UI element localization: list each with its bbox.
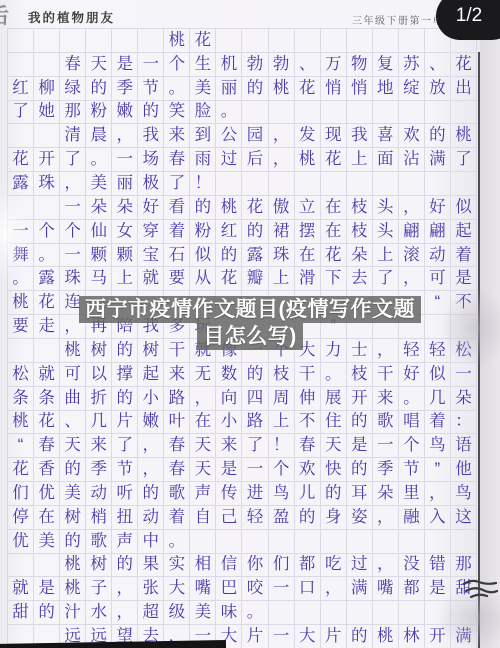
grid-cell: 放 <box>425 77 451 101</box>
grid-cell: 好 <box>399 363 425 387</box>
grid-cell: 枝 <box>347 220 373 244</box>
grid-cell <box>8 124 34 148</box>
grid-cell: 清 <box>60 124 86 148</box>
grid-cell: 的 <box>242 363 268 387</box>
grid-cell: 是 <box>425 577 451 601</box>
grid-cell <box>216 29 242 53</box>
grid-cell: 丽 <box>112 172 138 196</box>
grid-cell: 季 <box>112 77 138 101</box>
grid-cell <box>399 29 425 53</box>
grid-cell: 中 <box>138 530 164 554</box>
grid-cell <box>295 530 321 554</box>
grid-cell: 开 <box>347 387 373 411</box>
grid-cell: 桃 <box>8 411 34 435</box>
grid-cell: 相 <box>190 554 216 578</box>
grid-cell: 朵 <box>373 482 399 506</box>
grid-cell: 花 <box>34 411 60 435</box>
grid-cell <box>373 29 399 53</box>
grid-cell: 都 <box>399 577 425 601</box>
grid-cell: 曲 <box>60 387 86 411</box>
grid-cell: 立 <box>295 196 321 220</box>
grid-cell: 。 <box>34 244 60 268</box>
grid-cell: 枝 <box>347 363 373 387</box>
grid-cell: 似 <box>451 196 477 220</box>
page-number-text: 1/2 <box>456 5 482 27</box>
grid-cell: ， <box>269 124 295 148</box>
grid-cell <box>373 172 399 196</box>
grid-cell: 嘴 <box>190 577 216 601</box>
grid-cell: ， <box>269 148 295 172</box>
grid-cell: 美 <box>60 482 86 506</box>
grid-cell: 我 <box>347 124 373 148</box>
grid-cell: 花 <box>216 267 242 291</box>
grid-cell: 一 <box>60 196 86 220</box>
grid-cell: 干 <box>373 363 399 387</box>
grid-cell: 头 <box>373 196 399 220</box>
grid-cell: 朵 <box>112 196 138 220</box>
grid-cell: 裙 <box>269 220 295 244</box>
grid-cell: 枝 <box>269 363 295 387</box>
grid-cell <box>216 530 242 554</box>
grid-cell: 片 <box>112 411 138 435</box>
grid-cell <box>190 530 216 554</box>
grid-cell: 扭 <box>112 506 138 530</box>
grid-cell: 语 <box>451 434 477 458</box>
grid-cell: 轻 <box>242 506 268 530</box>
grid-cell: 一 <box>373 434 399 458</box>
grid-cell: 级 <box>164 601 190 625</box>
grid-cell: 无 <box>190 363 216 387</box>
grid-cell: ， <box>112 577 138 601</box>
grid-cell: ， <box>60 172 86 196</box>
grid-cell: 唱 <box>399 411 425 435</box>
grid-cell: ， <box>373 506 399 530</box>
grid-cell: 叶 <box>164 411 190 435</box>
grid-cell: ， <box>138 458 164 482</box>
grid-cell: 着 <box>164 220 190 244</box>
grid-cell: 了 <box>451 148 477 172</box>
grid-cell: 可 <box>60 363 86 387</box>
grid-cell: 干 <box>295 363 321 387</box>
grid-cell: 、 <box>425 53 451 77</box>
grid-cell: 场 <box>138 148 164 172</box>
grid-cell: 来 <box>216 434 242 458</box>
grid-cell: 己 <box>216 506 242 530</box>
grid-cell: 上 <box>373 244 399 268</box>
grid-cell: 。 <box>86 148 112 172</box>
grid-cell: 。 <box>164 77 190 101</box>
grid-cell: 的 <box>321 482 347 506</box>
grid-cell: 吃 <box>321 554 347 578</box>
grid-cell: 鸟 <box>451 482 477 506</box>
grid-cell: 天 <box>190 458 216 482</box>
grid-cell: 几 <box>425 387 451 411</box>
grid-cell: 声 <box>112 530 138 554</box>
grid-cell: 不 <box>295 411 321 435</box>
grid-cell: 花 <box>8 148 34 172</box>
grid-cell: 他 <box>451 458 477 482</box>
grid-cell: 来 <box>164 124 190 148</box>
grid-cell <box>373 530 399 554</box>
grid-cell: 的 <box>347 458 373 482</box>
grid-cell: 超 <box>138 601 164 625</box>
grid-cell: 春 <box>34 434 60 458</box>
grid-cell: 折 <box>86 387 112 411</box>
grid-cell: 的 <box>347 625 373 648</box>
grid-cell: 桃 <box>60 554 86 578</box>
grid-cell: 春 <box>164 434 190 458</box>
grid-cell: 片 <box>321 625 347 648</box>
grid-cell: 了 <box>373 267 399 291</box>
grid-cell: 巴 <box>216 577 242 601</box>
grid-cell: 姿 <box>347 506 373 530</box>
grid-cell: 后 <box>242 148 268 172</box>
grid-cell: ， <box>399 196 425 220</box>
grid-cell: 。 <box>321 363 347 387</box>
grid-cell: 好 <box>138 196 164 220</box>
grid-cell: 花 <box>8 458 34 482</box>
grid-cell: 着 <box>425 411 451 435</box>
grid-cell: 的 <box>86 77 112 101</box>
grid-cell: 滑 <box>295 267 321 291</box>
grid-cell <box>269 601 295 625</box>
grid-cell: 机 <box>216 53 242 77</box>
grid-cell: 的 <box>138 482 164 506</box>
grid-cell: 万 <box>321 53 347 77</box>
grid-cell: 来 <box>373 387 399 411</box>
grid-cell: 进 <box>242 482 268 506</box>
grid-cell <box>295 601 321 625</box>
grid-cell <box>321 530 347 554</box>
grid-cell <box>347 29 373 53</box>
grid-cell: 的 <box>60 458 86 482</box>
grid-cell: 。 <box>216 101 242 125</box>
grid-cell: 节 <box>138 77 164 101</box>
grid-cell <box>451 172 477 196</box>
grid-cell: 信 <box>216 554 242 578</box>
grid-cell: 入 <box>425 506 451 530</box>
grid-cell: 听 <box>112 482 138 506</box>
grid-cell: 鸟 <box>425 434 451 458</box>
grid-cell: ” <box>425 458 451 482</box>
grid-cell: 桃 <box>164 29 190 53</box>
grid-cell <box>34 339 60 363</box>
grid-cell: 雨 <box>190 148 216 172</box>
grid-cell: 是 <box>34 577 60 601</box>
grid-cell: 撑 <box>112 363 138 387</box>
grid-cell: 就 <box>138 267 164 291</box>
grid-cell <box>8 196 34 220</box>
grid-cell <box>425 172 451 196</box>
grid-cell: 林 <box>399 625 425 648</box>
grid-cell: 天 <box>86 53 112 77</box>
grid-cell: 一 <box>60 244 86 268</box>
grid-cell: 了 <box>242 434 268 458</box>
grid-cell: 身 <box>321 506 347 530</box>
grid-cell: 勃 <box>269 53 295 77</box>
grid-cell: 傲 <box>269 196 295 220</box>
grid-cell <box>60 29 86 53</box>
grid-cell: 香 <box>34 458 60 482</box>
grid-cell: 不 <box>451 291 477 315</box>
grid-cell: 我 <box>138 124 164 148</box>
grid-cell <box>8 554 34 578</box>
grid-cell: 实 <box>164 554 190 578</box>
grid-cell: ， <box>190 387 216 411</box>
grid-cell: 来 <box>164 363 190 387</box>
grid-cell: ， <box>138 434 164 458</box>
grid-cell: 都 <box>295 554 321 578</box>
grid-cell: 马 <box>86 267 112 291</box>
grid-cell: 里 <box>399 482 425 506</box>
grid-cell: 看 <box>164 196 190 220</box>
grid-cell: 们 <box>269 554 295 578</box>
grid-cell: 错 <box>425 554 451 578</box>
grid-cell: 珠 <box>60 267 86 291</box>
grid-cell <box>451 315 477 339</box>
grid-cell: 。 <box>242 601 268 625</box>
overlay-title-line2: 目怎么写) <box>197 323 303 350</box>
grid-cell: 颗 <box>86 244 112 268</box>
grid-cell <box>34 124 60 148</box>
grid-cell: 节 <box>399 458 425 482</box>
grid-cell <box>242 29 268 53</box>
grid-cell <box>425 101 451 125</box>
grid-cell: 枝 <box>347 196 373 220</box>
grid-cell: 自 <box>190 506 216 530</box>
grid-cell: 春 <box>60 53 86 77</box>
grid-cell: ， <box>112 124 138 148</box>
pen-scribble-mark <box>461 578 500 607</box>
grid-cell <box>242 172 268 196</box>
grid-cell: 美 <box>190 77 216 101</box>
grid-cell: 花 <box>242 196 268 220</box>
grid-cell: 小 <box>216 411 242 435</box>
grid-cell: 复 <box>373 53 399 77</box>
grid-cell: 面 <box>373 148 399 172</box>
grid-cell: 仙 <box>86 220 112 244</box>
grid-cell <box>321 29 347 53</box>
grid-cell <box>269 530 295 554</box>
grid-cell: ， <box>399 267 425 291</box>
grid-cell: 个 <box>269 458 295 482</box>
grid-cell <box>347 601 373 625</box>
grid-cell: ， <box>373 554 399 578</box>
grid-cell: 春 <box>164 148 190 172</box>
grid-cell <box>347 101 373 125</box>
grid-cell: 勃 <box>242 53 268 77</box>
grid-cell: 地 <box>373 77 399 101</box>
grid-cell: 。 <box>8 267 34 291</box>
grid-cell: 甜 <box>8 601 34 625</box>
grid-cell: 红 <box>216 220 242 244</box>
grid-cell <box>8 29 34 53</box>
grid-cell: 伸 <box>295 387 321 411</box>
grid-cell: 这 <box>451 506 477 530</box>
grid-cell: 一 <box>269 625 295 648</box>
grid-cell: 来 <box>86 434 112 458</box>
grid-cell: 就 <box>34 363 60 387</box>
grid-cell: 可 <box>425 267 451 291</box>
grid-cell: 极 <box>138 172 164 196</box>
grid-cell: 着 <box>164 506 190 530</box>
grid-cell: 朵 <box>451 387 477 411</box>
grid-cell: 片 <box>242 625 268 648</box>
grid-cell <box>295 172 321 196</box>
grid-cell: 。 <box>399 387 425 411</box>
grid-cell: 动 <box>425 244 451 268</box>
grid-cell: 好 <box>425 196 451 220</box>
grid-cell: 展 <box>321 387 347 411</box>
grid-cell: 天 <box>60 434 86 458</box>
grid-cell: 耳 <box>347 482 373 506</box>
grid-cell: 开 <box>425 625 451 648</box>
grid-cell: ， <box>425 482 451 506</box>
grid-cell: 鸟 <box>269 482 295 506</box>
grid-cell: 那 <box>60 101 86 125</box>
grid-cell: 满 <box>347 577 373 601</box>
grid-cell: ， <box>112 601 138 625</box>
grid-cell: 瓣 <box>242 267 268 291</box>
grid-cell: 笑 <box>164 101 190 125</box>
grid-cell: 味 <box>216 601 242 625</box>
grid-cell: 满 <box>451 625 477 648</box>
grid-cell: 一 <box>138 53 164 77</box>
grid-cell: 的 <box>242 220 268 244</box>
grid-cell: 欢 <box>399 124 425 148</box>
grid-cell: 个 <box>164 53 190 77</box>
grid-cell <box>242 530 268 554</box>
grid-cell: 丽 <box>216 77 242 101</box>
grid-cell: 粉 <box>190 220 216 244</box>
grid-cell <box>373 601 399 625</box>
grid-cell: 在 <box>190 411 216 435</box>
grid-cell: 歌 <box>86 530 112 554</box>
grid-cell <box>295 29 321 53</box>
grid-cell: 树 <box>60 506 86 530</box>
grid-cell <box>399 101 425 125</box>
grid-cell: 美 <box>34 530 60 554</box>
grid-cell: 悄 <box>347 77 373 101</box>
grid-cell: 朵 <box>347 244 373 268</box>
grid-cell: 天 <box>321 434 347 458</box>
grid-cell: 四 <box>242 387 268 411</box>
grid-cell <box>425 530 451 554</box>
grid-cell: 动 <box>138 506 164 530</box>
grid-cell: ： <box>451 411 477 435</box>
grid-cell: 条 <box>34 387 60 411</box>
grid-cell: 开 <box>34 148 60 172</box>
grid-cell: 个 <box>399 434 425 458</box>
grid-cell: 公 <box>216 124 242 148</box>
grid-cell: 数 <box>216 363 242 387</box>
grid-cell: 红 <box>8 77 34 101</box>
grid-cell <box>86 29 112 53</box>
grid-cell <box>347 172 373 196</box>
grid-cell: 满 <box>425 148 451 172</box>
page-number-badge: 1/2 <box>436 0 500 40</box>
grid-cell: 路 <box>242 411 268 435</box>
grid-cell: 、 <box>295 53 321 77</box>
grid-cell: 融 <box>399 506 425 530</box>
grid-cell: 花 <box>321 244 347 268</box>
grid-cell: 的 <box>425 124 451 148</box>
grid-cell <box>399 530 425 554</box>
grid-cell: 物 <box>347 53 373 77</box>
grid-cell: 了 <box>60 148 86 172</box>
grid-cell: 花 <box>190 29 216 53</box>
grid-cell <box>269 101 295 125</box>
grid-cell <box>216 172 242 196</box>
grid-cell: 果 <box>138 554 164 578</box>
grid-cell: 了 <box>164 172 190 196</box>
grid-cell: 歌 <box>164 482 190 506</box>
grid-cell: 张 <box>138 577 164 601</box>
grid-cell: 大 <box>295 625 321 648</box>
grid-cell: 是 <box>451 267 477 291</box>
grid-cell: 花 <box>34 291 60 315</box>
grid-cell: ， <box>321 577 347 601</box>
grid-cell: 露 <box>34 267 60 291</box>
grid-cell: 小 <box>138 387 164 411</box>
grid-cell: 桃 <box>216 196 242 220</box>
grid-cell: 上 <box>269 267 295 291</box>
grid-cell: 春 <box>295 434 321 458</box>
grid-cell: 嫩 <box>112 101 138 125</box>
grid-cell: “ <box>8 434 34 458</box>
grid-cell: 在 <box>321 220 347 244</box>
grid-cell: 穿 <box>138 220 164 244</box>
grid-cell: 桃 <box>451 124 477 148</box>
grid-cell: 的 <box>216 244 242 268</box>
grid-cell: 要 <box>8 315 34 339</box>
grid-cell: 的 <box>112 387 138 411</box>
grid-cell: 过 <box>347 554 373 578</box>
grid-cell: 她 <box>34 101 60 125</box>
grid-cell: 了 <box>112 434 138 458</box>
grid-cell: 春 <box>164 458 190 482</box>
grid-cell: 沾 <box>399 148 425 172</box>
grid-cell: 以 <box>86 363 112 387</box>
grid-cell: 快 <box>321 458 347 482</box>
grid-cell: 树 <box>86 554 112 578</box>
grid-cell: 从 <box>190 267 216 291</box>
grid-cell: 去 <box>347 267 373 291</box>
grid-cell: 歌 <box>373 411 399 435</box>
grid-cell: 传 <box>216 482 242 506</box>
grid-cell: 是 <box>216 458 242 482</box>
grid-cell <box>321 172 347 196</box>
grid-cell <box>8 53 34 77</box>
grid-cell: 美 <box>190 601 216 625</box>
grid-cell: 一 <box>8 220 34 244</box>
grid-cell <box>269 29 295 53</box>
grid-cell: 生 <box>190 53 216 77</box>
grid-cell: 起 <box>451 220 477 244</box>
grid-cell: 在 <box>295 244 321 268</box>
grid-cell: 是 <box>112 53 138 77</box>
grid-cell: 柳 <box>34 77 60 101</box>
grid-cell: 绿 <box>60 77 86 101</box>
grid-cell: 珠 <box>34 172 60 196</box>
grid-cell: 松 <box>451 339 477 363</box>
grid-cell: 头 <box>373 220 399 244</box>
grid-cell <box>451 530 477 554</box>
header-left-label: 我的植物朋友 <box>28 8 115 26</box>
grid-cell: 的 <box>60 530 86 554</box>
grid-cell: 花 <box>295 77 321 101</box>
grid-cell: 子 <box>86 577 112 601</box>
